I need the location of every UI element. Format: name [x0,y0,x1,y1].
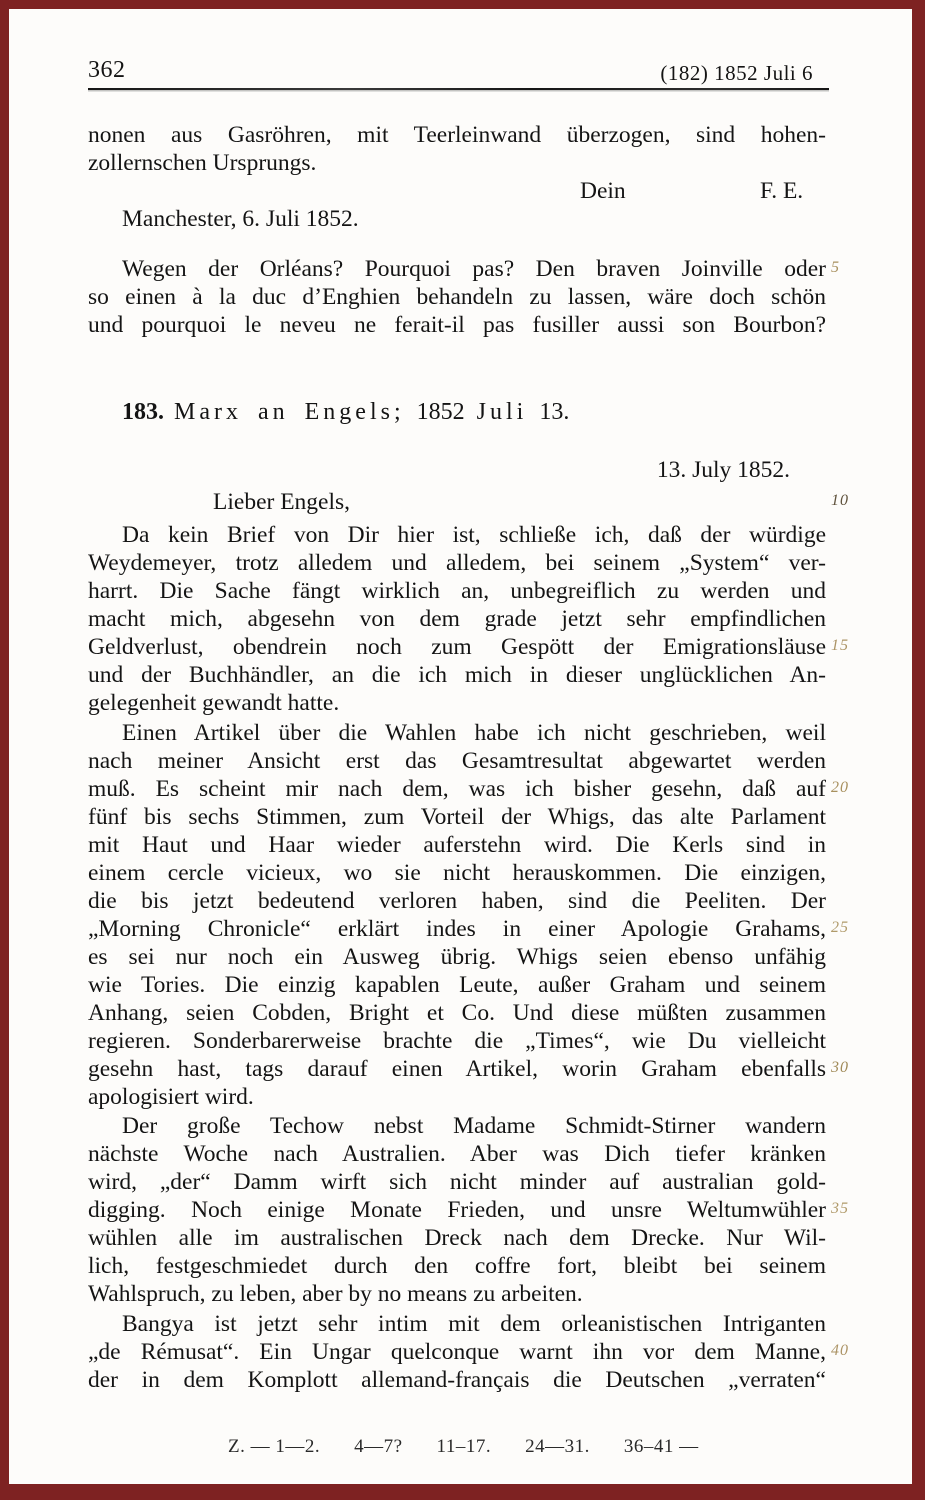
text-line: nonen aus Gasröhren, mit Teerleinwand üb… [88,121,826,149]
text-line: Da kein Brief von Dir hier ist, schließe… [88,521,826,549]
signature: F. E. [760,177,803,205]
margin-line-number: 5 [831,258,865,278]
text-line: regieren. Sonderbarerweise brachte die „… [88,1027,826,1055]
letter-182-closing: nonen aus Gasröhren, mit Teerleinwand üb… [88,121,826,177]
margin-line-number: 10 [831,491,865,511]
text-column: nonen aus Gasröhren, mit Teerleinwand üb… [88,0,826,1500]
text-line: macht mich, abgesehn von dem grade jetzt… [88,605,826,633]
letter-number: 183. [122,399,164,425]
text-line: der in dem Komplott allemand-français di… [88,1366,826,1394]
text-line: muß. Es scheint mir nach dem, was ich bi… [88,775,826,803]
letter-heading-month: Juli [477,399,528,425]
text-line: so einen à la duc d’Enghien behandeln zu… [88,283,826,311]
margin-line-number: 40 [831,1341,865,1361]
letter-heading-year: 1852 [417,399,465,425]
text-line: es sei nur noch ein Ausweg übrig. Whigs … [88,943,826,971]
text-line: nächste Woche nach Australien. Aber was … [88,1140,826,1168]
apparatus-segment: 11–17. [437,1433,492,1461]
page: 362 (182) 1852 Juli 6 nonen aus Gasröhre… [0,0,925,1500]
postscript-paragraph: Wegen der Orléans? Pourquoi pas? Den bra… [88,255,826,339]
text-line: Weydemeyer, trotz alledem und alledem, b… [88,549,826,577]
margin-line-number: 25 [831,918,865,938]
text-line: einem cercle vicieux, wo sie nicht herau… [88,859,826,887]
margin-line-number: 35 [831,1199,865,1219]
text-line: apologisiert wird. [88,1083,826,1111]
apparatus-segment: Z. — 1—2. [228,1433,320,1461]
text-line: Bangya ist jetzt sehr intim mit dem orle… [88,1310,826,1338]
text-line: gesehn hast, tags darauf einen Artikel, … [88,1055,826,1083]
text-line: die bis jetzt bedeutend verloren haben, … [88,887,826,915]
text-line: mit Haut und Haar wieder auferstehn wird… [88,831,826,859]
text-line: Wahlspruch, zu leben, aber by no means z… [88,1280,826,1308]
text-line: fünf bis sechs Stimmen, zum Vorteil der … [88,803,826,831]
apparatus-segment: 24—31. [525,1433,590,1461]
paragraph: Bangya ist jetzt sehr intim mit dem orle… [88,1310,826,1394]
valediction: Dein [580,177,626,205]
text-line: „de Rémusat“. Ein Ungar quelconque warnt… [88,1338,826,1366]
text-line: wühlen alle im australischen Dreck nach … [88,1224,826,1252]
text-line: und pourquoi le neveu ne ferait-il pas f… [88,311,826,339]
letter-heading-names: Marx an Engels; [174,399,405,425]
margin-line-number: 20 [831,778,865,798]
text-line: harrt. Die Sache fängt wirklich an, unbe… [88,577,826,605]
margin-line-number: 15 [831,636,865,656]
apparatus-segment: 4—7? [354,1433,402,1461]
text-line: und der Buchhändler, an die ich mich in … [88,661,826,689]
text-line: gelegenheit gewandt hatte. [88,689,826,717]
apparatus-footer: Z. — 1—2. 4—7? 11–17. 24—31. 36–41 — [228,1433,788,1461]
text-line: lich, festgeschmiedet durch den coffre f… [88,1252,826,1280]
text-line: wird, „der“ Damm wirft sich nicht minder… [88,1168,826,1196]
paragraph: Einen Artikel über die Wahlen habe ich n… [88,719,826,1111]
text-line: Der große Techow nebst Madame Schmidt-St… [88,1112,826,1140]
text-line: nach meiner Ansicht erst das Gesamtresul… [88,747,826,775]
paragraph: Da kein Brief von Dir hier ist, schließe… [88,521,826,717]
text-line: Einen Artikel über die Wahlen habe ich n… [88,719,826,747]
text-line: „Morning Chronicle“ erklärt indes in ein… [88,915,826,943]
text-line: Geldverlust, obendrein noch zum Gespött … [88,633,826,661]
place-date-line: Manchester, 6. Juli 1852. [122,205,822,233]
letter-heading-day: 13. [539,399,569,425]
text-line: zollernschen Ursprungs. [88,149,826,177]
apparatus-segment: 36–41 — [624,1433,699,1461]
valediction-line: Dein F. E. [88,177,826,205]
margin-line-number: 30 [831,1058,865,1078]
text-line: Anhang, seien Cobden, Bright et Co. Und … [88,999,826,1027]
text-line: Wegen der Orléans? Pourquoi pas? Den bra… [88,255,826,283]
text-line: wie Tories. Die einzig kapablen Leute, a… [88,971,826,999]
text-line: digging. Noch einige Monate Frieden, und… [88,1196,826,1224]
letter-date-line: 13. July 1852. [657,456,790,484]
paragraph: Der große Techow nebst Madame Schmidt-St… [88,1112,826,1308]
salutation: Lieber Engels, [213,488,813,516]
letter-heading: 183.Marx an Engels; 1852 Juli 13. [122,398,826,426]
